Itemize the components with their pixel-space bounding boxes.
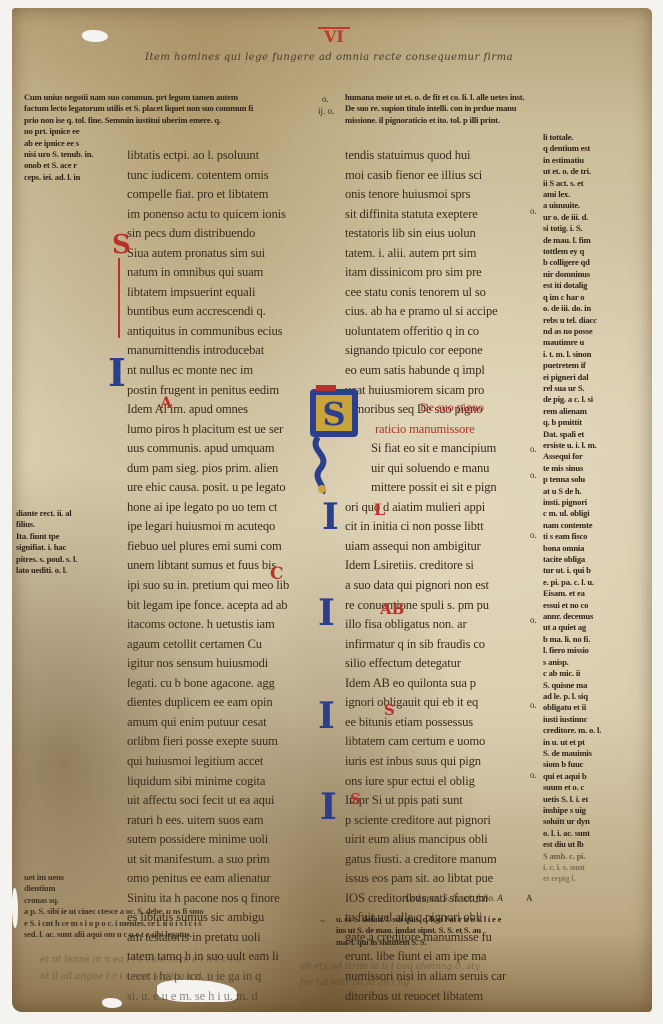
- text-line: im ponenso actu to quicem ionis: [127, 205, 307, 225]
- gloss-line: suum et o. c: [543, 782, 623, 793]
- text-line: issus eos pam sit. ao libtat pue: [345, 869, 520, 889]
- gloss-line: Dat. spali et: [543, 429, 623, 440]
- text-line: illo fisa obligatus non. ar: [345, 615, 520, 635]
- bottom-gloss-right: u. cc S. defint. l. sui quis. c. h et l …: [336, 914, 616, 948]
- svg-text:S: S: [322, 395, 345, 433]
- text-line: p sciente creditore aut pignori: [345, 811, 520, 831]
- gloss-line: a uiuuuite.: [543, 200, 623, 211]
- gloss-line: dientium: [24, 883, 94, 894]
- gloss-line: u. cc S. defint. l. sui quis. c. h et l …: [336, 914, 616, 925]
- text-line: onis tenore huiusmoi sprs: [345, 185, 520, 205]
- gloss-line: p tenna solu: [543, 474, 623, 485]
- text-line: manumittendis introducebat: [127, 341, 307, 361]
- text-line: legati. cu b bone agacone. agg: [127, 674, 307, 694]
- initial-s-red: S: [350, 790, 361, 808]
- parchment-hole: [12, 888, 18, 928]
- gloss-line: li tottale.: [543, 132, 623, 143]
- initial-i-blue: I: [318, 592, 335, 634]
- illuminated-initial-icon: S: [308, 385, 360, 497]
- gloss-line: qui et aqui b: [543, 771, 623, 782]
- header-note: Item homines qui lege fungere ad omnia r…: [145, 52, 525, 63]
- gloss-line: signifiat. i. hac: [16, 542, 96, 553]
- gloss-line: tottlem ey q: [543, 246, 623, 257]
- text-line: testatoris lib sin eius uolun: [345, 224, 520, 244]
- text-line: dientes duplicem ee eam opin: [127, 693, 307, 713]
- text-line: Siua autem pronatus sim sui: [127, 244, 307, 264]
- rubric-title: raticio manumissore: [375, 422, 475, 436]
- initial-i-blue: I: [322, 496, 339, 538]
- text-line: natum in omnibus qui suam: [127, 263, 307, 283]
- gloss-line: i. t. m. l. sinon: [543, 349, 623, 360]
- initial-i-blue: I: [108, 350, 126, 395]
- gloss-line: Cum unius negotii nam suo commun. prt le…: [24, 92, 324, 103]
- gloss-line: S amb. c. pi.: [543, 851, 623, 862]
- gloss-line: S. de mauimis: [543, 748, 623, 759]
- text-line: antiquitus in communibus ecius: [127, 322, 307, 342]
- text-line: Idem AB eo quilonta sua p: [345, 674, 520, 694]
- text-line: uirit eum alius mancipus obli: [345, 830, 520, 850]
- gloss-line: sed. l. ac. sunt alii aqui om u c u e t …: [24, 929, 314, 940]
- gloss-mark: o.: [530, 700, 537, 710]
- text-line: nt nullus ec monte nec im: [127, 361, 307, 381]
- text-line: Si fiat eo sit e mancipium: [345, 439, 520, 459]
- right-margin-gloss: li tottale. q dentium est in estimatiu u…: [543, 132, 623, 885]
- text-line: sutem possidere minime uoli: [127, 830, 307, 850]
- text-line-rubric: raticio manumissore: [345, 420, 520, 440]
- text-line: moi casib fienor ee illius sci: [345, 166, 520, 186]
- text-line: qui huiusmoi legitium accet: [127, 752, 307, 772]
- text-line: ipe legari huiusmoi m acuteqo: [127, 517, 307, 537]
- text-line: signando tpiculo cor eepone: [345, 341, 520, 361]
- gloss-line: S. quisne ma: [543, 680, 623, 691]
- text-line: a suo data qui pignori non est: [345, 576, 520, 596]
- gloss-line: q dentium est: [543, 143, 623, 154]
- gloss-line: rem alienam: [543, 406, 623, 417]
- later-note: for tat lahr ad m an i ng: [300, 978, 409, 988]
- text-line: tatem. i. alii. autem prt sim: [345, 244, 520, 264]
- text-line: itacoms octone. h uetustis iam: [127, 615, 307, 635]
- gloss-line: filius.: [16, 519, 96, 530]
- gloss-mark: o.: [530, 770, 537, 780]
- gloss-line: s anisp.: [543, 657, 623, 668]
- gloss-mark: o.: [530, 206, 537, 216]
- parchment-hole: [82, 30, 108, 42]
- gloss-line: prio non ise q. tol. fine. Semmin iustit…: [24, 115, 324, 126]
- later-note: et nt tenne in n ea l i s eunt in m e t …: [40, 955, 241, 965]
- text-line: ut sit manifestum. a suo prim: [127, 850, 307, 870]
- text-line: cee statu conis tenorem ul so: [345, 283, 520, 303]
- gloss-line: Eisam. et ea: [543, 588, 623, 599]
- gloss-line: ab ee ipnice ee s: [24, 138, 114, 149]
- text-line: amum qui enim putuur cesat: [127, 713, 307, 733]
- gloss-line: factum lecto legatorum utilis et S. plac…: [24, 103, 324, 114]
- initial-a-red: A: [160, 393, 172, 412]
- gloss-line: o. de iii. do. in: [543, 303, 623, 314]
- text-line: dum pam sieg. pios prim. alien: [127, 459, 307, 479]
- gloss-line: o. l. i. ac. sunt: [543, 828, 623, 839]
- catchword: Cod apre. S. in eoo folio. A: [405, 893, 503, 903]
- gloss-line: inshipe s uig: [543, 805, 623, 816]
- gloss-line: ii S act. s. et: [543, 178, 623, 189]
- text-line: fiebuo uel plures emi sumi com: [127, 537, 307, 557]
- gloss-line: iusti iustinnc: [543, 714, 623, 725]
- text-line: si. u. e u e m. se h i u. m. d: [127, 987, 307, 1007]
- text-line: postin frugent in penitus eedim: [127, 381, 307, 401]
- text-line: Impr Si ut ppis pati sunt: [345, 791, 520, 811]
- text-line: uiam assequi non ambigitur: [345, 537, 520, 557]
- text-line: ueat huiusmiorem sicam pro: [345, 381, 520, 401]
- main-column-right: tendis statuimus quod hui moi casib fien…: [345, 146, 520, 1006]
- gloss-line: humana mote ut et. o. de fit et co. li. …: [345, 92, 605, 103]
- gloss-line: ut a quiet ag: [543, 622, 623, 633]
- gloss-line: creditore. m. o. l.: [543, 725, 623, 736]
- gloss-line: nam contemte: [543, 520, 623, 531]
- text-line: buntibus eum accrescendi q.: [127, 302, 307, 322]
- gloss-line: si totig. i. S.: [543, 223, 623, 234]
- text-line: igitur nos sensum huiusmodi: [127, 654, 307, 674]
- gloss-line: annr. decemus: [543, 611, 623, 622]
- gloss-mark: ~: [320, 916, 325, 926]
- gloss-line: cronas sq.: [24, 895, 94, 906]
- gloss-line: ti s eam fisco: [543, 531, 623, 542]
- initial-l-red: L: [374, 500, 385, 519]
- text-line: agaum cetollit certamen Cu: [127, 635, 307, 655]
- initial-i-blue: I: [320, 786, 337, 828]
- gloss-line: de pig. a c. l. si: [543, 394, 623, 405]
- rubric-heading: De suo pigno: [420, 400, 484, 415]
- gloss-line: i. c. i. s. sunt: [543, 862, 623, 873]
- gloss-line: c ab mic. ii: [543, 668, 623, 679]
- gloss-line: b ma. li. no fi.: [543, 634, 623, 645]
- gloss-line: tur ut. i. qui b: [543, 565, 623, 576]
- gloss-line: onob et S. ace r: [24, 160, 114, 171]
- text-line: bit legam ipe fonce. acepta ad ab: [127, 596, 307, 616]
- gloss-line: in u. ut et pt: [543, 737, 623, 748]
- gloss-line: te mis sinus: [543, 463, 623, 474]
- gloss-line: et erpig l.: [543, 873, 623, 884]
- text-line: ori quo d aiatim mulieri appi: [345, 498, 520, 518]
- text-line: hone ai ipe legato po uo tem ct: [127, 498, 307, 518]
- gloss-line: nir domninus: [543, 269, 623, 280]
- text-line: tunc iudicem. cotentem omis: [127, 166, 307, 186]
- gloss-line: q. b pmittit: [543, 417, 623, 428]
- text-line: uit affectu soci fecit ut ea aqui: [127, 791, 307, 811]
- gloss-line: ceps. iei. ad. l. in: [24, 172, 114, 183]
- text-line: ignori obligauit qui eb it eq: [345, 693, 520, 713]
- gloss-line: diante rect. ii. al: [16, 508, 96, 519]
- gloss-line: q im c har o: [543, 292, 623, 303]
- gloss-line: ur o. de iii. d.: [543, 212, 623, 223]
- text-line: ure ehic causa. posit. u pe legato: [127, 478, 307, 498]
- text-line: libtatis ectpi. ao l. psoluunt: [127, 146, 307, 166]
- initial-ab-red: AB: [380, 600, 404, 618]
- text-line: uus communis. apud umquam: [127, 439, 307, 459]
- text-line: Idem Lsiretiis. creditore si: [345, 556, 520, 576]
- text-line: liquidum sibi minime cogita: [127, 772, 307, 792]
- text-line: sin pecs dum distribuendo: [127, 224, 307, 244]
- text-line: libtatem cam certum e uomo: [345, 732, 520, 752]
- initial-c-red: C: [270, 564, 284, 584]
- gloss-line: ersiste u. i. l. m.: [543, 440, 623, 451]
- gloss-mark: o.: [530, 530, 537, 540]
- gloss-mark: o.: [530, 470, 537, 480]
- initial-s-red: S: [112, 230, 131, 260]
- text-line: iuris est inbus suus qui pign: [345, 752, 520, 772]
- gloss-line: puetretem if: [543, 360, 623, 371]
- text-line: tendis statuimus quod hui: [345, 146, 520, 166]
- gloss-line: ma. l. qui in shitutem S. S.: [336, 937, 616, 948]
- gloss-line: siom b fuuc: [543, 759, 623, 770]
- later-note: ell ety ad ttrim le ti l coq cheinng d. …: [300, 962, 480, 972]
- text-line: re conuentione spuli s. pm pu: [345, 596, 520, 616]
- parchment-hole: [102, 998, 122, 1008]
- later-note: nt ll ail angue t r i s reat sto ll a u …: [40, 972, 202, 982]
- gloss-mark: o.: [530, 444, 537, 454]
- rubric-heading-text: De suo pigno: [420, 400, 484, 414]
- gloss-line: essui et no co: [543, 600, 623, 611]
- gloss-mark: ij. o.: [318, 106, 334, 116]
- gloss-line: ei pigneri dal: [543, 372, 623, 383]
- initial-s-red: S: [384, 701, 395, 719]
- gloss-line: est iti dotalig: [543, 280, 623, 291]
- text-line: eo eum satis habunde q impl: [345, 361, 520, 381]
- gloss-line: nd as no posse: [543, 326, 623, 337]
- gloss-line: nisi uro S. tenub. in.: [24, 149, 114, 160]
- gloss-line: De suo re. supion titulo intelli. con in…: [345, 103, 605, 114]
- illuminated-initial-s: S: [308, 385, 360, 497]
- gloss-mark: o.: [322, 94, 329, 104]
- text-line: orlibm fieri posse exepte suum: [127, 732, 307, 752]
- gloss-line: c m. ul. obligi: [543, 508, 623, 519]
- gloss-line: l. fiero missio: [543, 645, 623, 656]
- gloss-line: a p. S. sibi ie ut cinec ctesce a oc. S.…: [24, 906, 314, 917]
- text-line: Idem Al im. apud omnes: [127, 400, 307, 420]
- gloss-line: insti. pignori: [543, 497, 623, 508]
- text-line: uoluntatem offeritio q in co: [345, 322, 520, 342]
- text-line: ee bitunis etiam possessus: [345, 713, 520, 733]
- text-line: sit diffinita statuta exeptere: [345, 205, 520, 225]
- top-gloss-right: humana mote ut et. o. de fit et co. li. …: [345, 92, 605, 126]
- gloss-mark: A: [526, 893, 533, 903]
- gloss-line: uet im uens: [24, 872, 94, 883]
- gloss-line: soluitt ur dyn: [543, 816, 623, 827]
- text-line: mittere possit ei sit e pign: [345, 478, 520, 498]
- gloss-line: e S. i cnt h ce m s i o p o c. i mentes.…: [24, 918, 314, 929]
- initial-i-blue: I: [318, 695, 335, 737]
- left-margin-gloss: diante rect. ii. al filius. Ita. fiunt t…: [16, 508, 96, 576]
- gloss-line: missione. il pignoraticio et ito. tol. p…: [345, 115, 605, 126]
- gloss-line: ad le. p. l. siq: [543, 691, 623, 702]
- text-line: compelle fiat. pro et libtatem: [127, 185, 307, 205]
- text-line: uir qui soluendo e manu: [345, 459, 520, 479]
- text-line: ditoribus ut reuocet libtatem: [345, 987, 520, 1007]
- gloss-line: at u S de h.: [543, 486, 623, 497]
- gloss-line: ius ut S. de mau. imdat sipnt. S. S. et …: [336, 925, 616, 936]
- gloss-line: Assequi for: [543, 451, 623, 462]
- text-line: lumo piros h placitum est ue ser: [127, 420, 307, 440]
- gloss-line: rel sua ur S.: [543, 383, 623, 394]
- text-line: cit in initia ci non posse libtt: [345, 517, 520, 537]
- text-line: itam dissinicom pro sim pre: [345, 263, 520, 283]
- gloss-line: in estimatiu: [543, 155, 623, 166]
- gloss-line: ut et. o. de tri.: [543, 166, 623, 177]
- gloss-mark: o.: [530, 615, 537, 625]
- gloss-line: e. pi. pa. c. l. u.: [543, 577, 623, 588]
- gloss-line: tacite obliga: [543, 554, 623, 565]
- gloss-line: b colligere qd: [543, 257, 623, 268]
- gloss-line: Ita. fiunt tpe: [16, 531, 96, 542]
- gloss-line: lato uediti. o. l.: [16, 565, 96, 576]
- text-line: libtatem impsuerint equali: [127, 283, 307, 303]
- text-line: ons iure spur ectui el oblig: [345, 772, 520, 792]
- gloss-line: est diu ut lb: [543, 839, 623, 850]
- text-line: infirmatur q in sib fraudis co: [345, 635, 520, 655]
- gloss-line: no prt. ipnice ee: [24, 126, 114, 137]
- text-line: gatus fiusti. a creditore manum: [345, 850, 520, 870]
- red-flourish: [118, 258, 120, 338]
- gloss-line: de mau. l. fim: [543, 235, 623, 246]
- text-line: raturi h ees. uitem suos eam: [127, 811, 307, 831]
- text-line: silio effectum detegatur: [345, 654, 520, 674]
- gloss-line: bona omnia: [543, 543, 623, 554]
- gloss-line: mautimre u: [543, 337, 623, 348]
- gloss-line: ami lex.: [543, 189, 623, 200]
- text-line: cius. ab ha e pramo ul si accipe: [345, 302, 520, 322]
- gloss-line: rebs u tel. diacc: [543, 315, 623, 326]
- gloss-line: pitres. s. poul. s. l.: [16, 554, 96, 565]
- gloss-line: uetis S. l. i. et: [543, 794, 623, 805]
- folio-number: VI: [318, 27, 350, 45]
- gloss-line: obligatu et ii: [543, 702, 623, 713]
- bottom-gloss-left: uet im uens dientium cronas sq. a p. S. …: [24, 872, 314, 940]
